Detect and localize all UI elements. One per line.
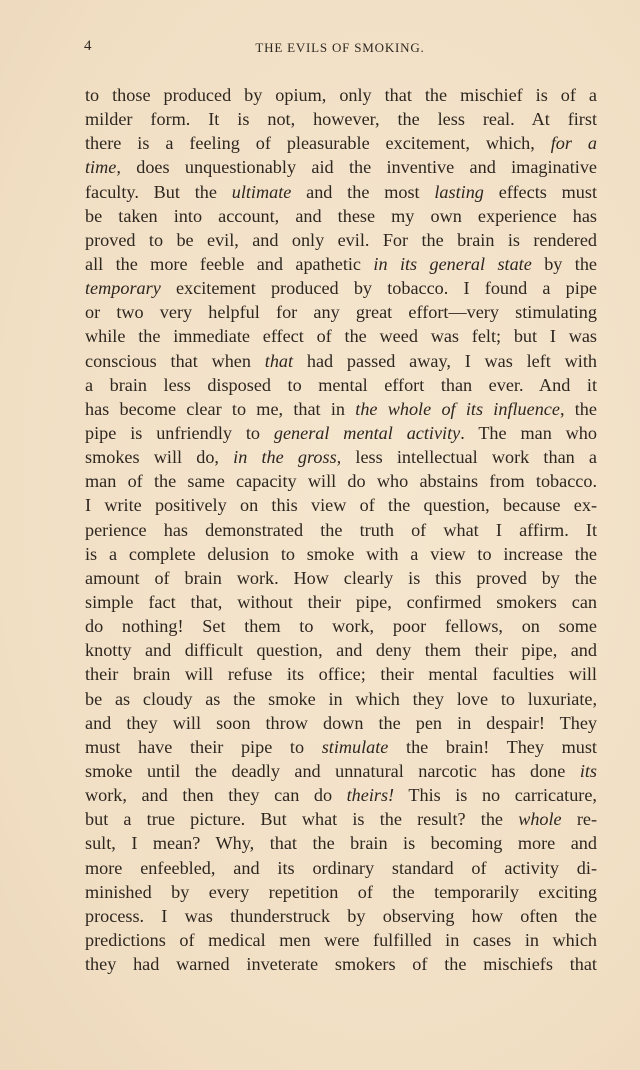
running-head: 4 THE EVILS OF SMOKING. <box>84 38 596 58</box>
text-span: process. I was thunderstruck by observin… <box>85 906 597 926</box>
text-span: faculty. But the <box>85 182 232 202</box>
text-span: and they will soon throw down the pen in… <box>85 713 597 733</box>
text-span: . The man who <box>460 423 597 443</box>
text-line: milder form. It is not, however, the les… <box>85 107 597 131</box>
text-line: conscious that when that had passed away… <box>85 349 597 373</box>
text-line: knotty and difficult question, and deny … <box>85 638 597 662</box>
text-span: be as cloudy as the smoke in which they … <box>85 689 597 709</box>
text-line: temporary excitement produced by tobacco… <box>85 276 597 300</box>
text-span: amount of brain work. How clearly is thi… <box>85 568 597 588</box>
italic-text: that <box>265 351 293 371</box>
text-line: be as cloudy as the smoke in which they … <box>85 687 597 711</box>
text-span: there is a feeling of pleasurable excite… <box>85 133 551 153</box>
text-span: , the <box>560 399 597 419</box>
text-line: all the more feeble and apathetic in its… <box>85 252 597 276</box>
italic-text: for a <box>551 133 597 153</box>
text-span: effects must <box>484 182 597 202</box>
text-span: simple fact that, without their pipe, co… <box>85 592 597 612</box>
text-line: smoke until the deadly and unnatural nar… <box>85 759 597 783</box>
text-line: process. I was thunderstruck by observin… <box>85 904 597 928</box>
text-span: had passed away, I was left with <box>293 351 597 371</box>
text-span: while the immediate effect of the weed w… <box>85 326 597 346</box>
text-line: I write positively on this view of the q… <box>85 493 597 517</box>
text-line: pipe is unfriendly to general mental act… <box>85 421 597 445</box>
text-line: man of the same capacity will do who abs… <box>85 469 597 493</box>
text-span: be taken into account, and these my own … <box>85 206 597 226</box>
text-span: re- <box>562 809 597 829</box>
text-span: a brain less disposed to mental effort t… <box>85 375 597 395</box>
italic-text: time, <box>85 157 121 177</box>
text-line: there is a feeling of pleasurable excite… <box>85 131 597 155</box>
text-span: all the more feeble and apathetic <box>85 254 373 274</box>
body-text: to those produced by opium, only that th… <box>85 83 597 976</box>
text-span: sult, I mean? Why, that the brain is bec… <box>85 833 597 853</box>
text-span: milder form. It is not, however, the les… <box>85 109 597 129</box>
text-span: smoke until the deadly and unnatural nar… <box>85 761 580 781</box>
text-span: and the most <box>291 182 434 202</box>
text-line: their brain will refuse its office; thei… <box>85 662 597 686</box>
text-line: simple fact that, without their pipe, co… <box>85 590 597 614</box>
text-line: time, does unquestionably aid the invent… <box>85 155 597 179</box>
italic-text: lasting <box>434 182 484 202</box>
text-line: minished by every repetition of the temp… <box>85 880 597 904</box>
text-span: the brain! They must <box>388 737 597 757</box>
italic-text: in the gross, <box>233 447 341 467</box>
text-line: or two very helpful for any great effort… <box>85 300 597 324</box>
italic-text: whole <box>518 809 561 829</box>
text-line: do nothing! Set them to work, poor fello… <box>85 614 597 638</box>
italic-text: general mental activity <box>274 423 460 443</box>
italic-text: ultimate <box>232 182 292 202</box>
text-span: man of the same capacity will do who abs… <box>85 471 597 491</box>
text-line: work, and then they can do theirs! This … <box>85 783 597 807</box>
text-span: to those produced by opium, only that th… <box>85 85 597 105</box>
text-span: proved to be evil, and only evil. For th… <box>85 230 597 250</box>
text-line: is a complete delusion to smoke with a v… <box>85 542 597 566</box>
italic-text: its <box>580 761 597 781</box>
text-line: must have their pipe to stimulate the br… <box>85 735 597 759</box>
text-line: sult, I mean? Why, that the brain is bec… <box>85 831 597 855</box>
italic-text: temporary <box>85 278 161 298</box>
italic-text: theirs! <box>347 785 395 805</box>
text-line: smokes will do, in the gross, less intel… <box>85 445 597 469</box>
text-line: predictions of medical men were fulfille… <box>85 928 597 952</box>
text-span: do nothing! Set them to work, poor fello… <box>85 616 597 636</box>
text-span: pipe is unfriendly to <box>85 423 274 443</box>
text-line: be taken into account, and these my own … <box>85 204 597 228</box>
text-line: has become clear to me, that in the whol… <box>85 397 597 421</box>
running-title: THE EVILS OF SMOKING. <box>84 40 596 56</box>
text-line: while the immediate effect of the weed w… <box>85 324 597 348</box>
text-span: they had warned inveterate smokers of th… <box>85 954 597 974</box>
text-span: excitement produced by tobacco. I found … <box>161 278 597 298</box>
text-line: to those produced by opium, only that th… <box>85 83 597 107</box>
text-span: predictions of medical men were fulfille… <box>85 930 597 950</box>
text-span: or two very helpful for any great effort… <box>85 302 597 322</box>
italic-text: stimulate <box>322 737 389 757</box>
text-span: but a true picture. But what is the resu… <box>85 809 518 829</box>
text-line: more enfeebled, and its ordinary standar… <box>85 856 597 880</box>
text-span: has become clear to me, that in <box>85 399 355 419</box>
text-span: perience has demonstrated the truth of w… <box>85 520 597 540</box>
text-span: smokes will do, <box>85 447 233 467</box>
text-span: does unquestionably aid the inventive an… <box>121 157 597 177</box>
book-page: 4 THE EVILS OF SMOKING. to those produce… <box>0 0 640 1070</box>
italic-text: in its general state <box>373 254 531 274</box>
text-line: they had warned inveterate smokers of th… <box>85 952 597 976</box>
text-line: but a true picture. But what is the resu… <box>85 807 597 831</box>
text-span: more enfeebled, and its ordinary standar… <box>85 858 597 878</box>
text-span: conscious that when <box>85 351 265 371</box>
text-span: work, and then they can do <box>85 785 347 805</box>
text-line: perience has demonstrated the truth of w… <box>85 518 597 542</box>
text-line: and they will soon throw down the pen in… <box>85 711 597 735</box>
text-line: proved to be evil, and only evil. For th… <box>85 228 597 252</box>
text-span: I write positively on this view of the q… <box>85 495 597 515</box>
text-span: minished by every repetition of the temp… <box>85 882 597 902</box>
text-line: a brain less disposed to mental effort t… <box>85 373 597 397</box>
text-line: amount of brain work. How clearly is thi… <box>85 566 597 590</box>
text-span: by the <box>532 254 597 274</box>
text-line: faculty. But the ultimate and the most l… <box>85 180 597 204</box>
text-span: This is no carricature, <box>394 785 597 805</box>
text-span: must have their pipe to <box>85 737 322 757</box>
text-span: less intellectual work than a <box>341 447 597 467</box>
italic-text: the whole of its influence <box>355 399 560 419</box>
text-span: is a complete delusion to smoke with a v… <box>85 544 597 564</box>
text-span: their brain will refuse its office; thei… <box>85 664 597 684</box>
text-span: knotty and difficult question, and deny … <box>85 640 597 660</box>
